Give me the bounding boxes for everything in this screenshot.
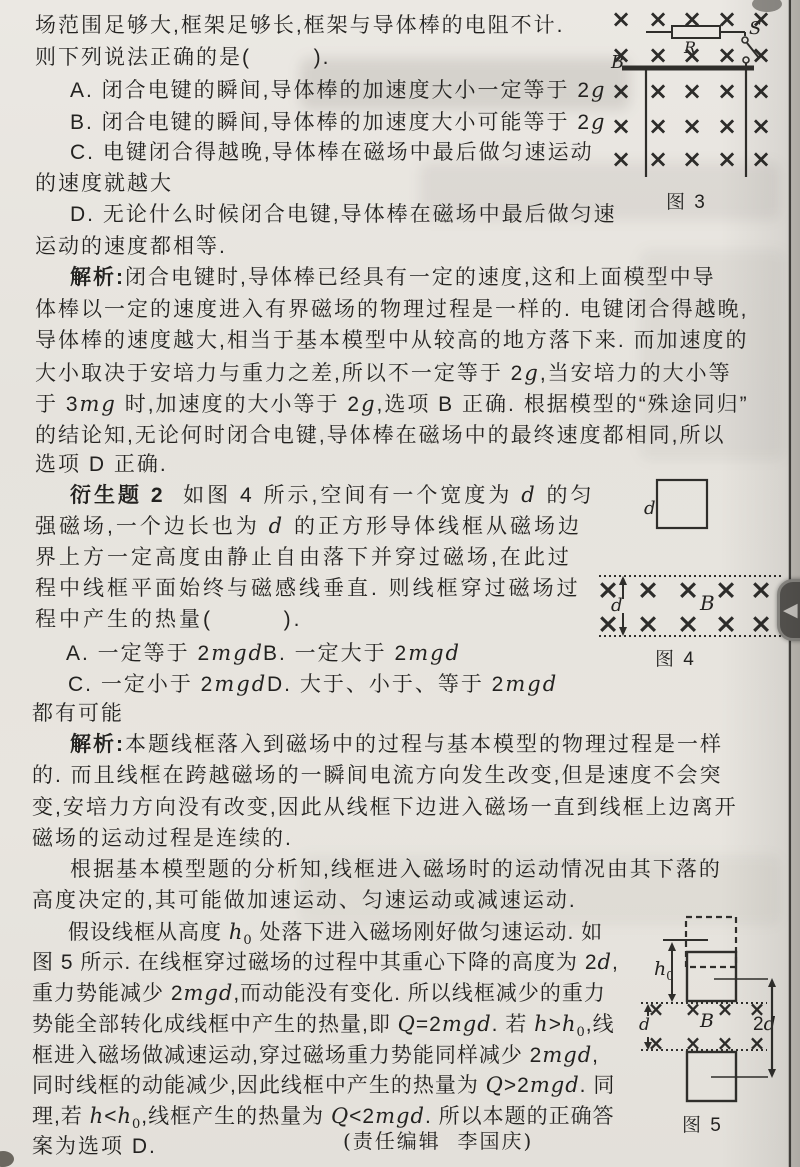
text-line: 程中线框平面始终与磁感线垂直. 则线框穿过磁场过 — [35, 577, 581, 601]
fig5-label-drop-height: h0 — [654, 959, 674, 983]
fig5-label-field: B — [700, 1011, 714, 1033]
fig3-field-x-icon: × — [682, 114, 702, 138]
fig5-field-x-icon: × — [685, 999, 702, 1019]
text-line: 同时线框的动能减少,因此线框中产生的热量为 Q>2mgd. 同 — [32, 1073, 615, 1098]
fig4-caption: 图 4 — [655, 649, 696, 671]
fig4-field-x-icon: × — [750, 577, 773, 604]
text-line: 磁场的运动过程是连续的. — [32, 827, 293, 851]
text-line: 重力势能减少 2mgd,而动能没有变化. 所以线框减少的重力 — [32, 981, 606, 1006]
fig4-field-x-icon: × — [597, 577, 620, 604]
fig3-field-x-icon: × — [648, 7, 668, 31]
editor-credit: (责任编辑 李国庆) — [343, 1130, 533, 1154]
text-line: 变,安培力方向没有改变,因此从线框下边进入磁场一直到线框上边离开 — [32, 796, 738, 820]
fig3-field-x-icon: × — [751, 147, 771, 171]
fig4-field-x-icon: × — [715, 611, 738, 638]
fig5-field-x-icon: × — [717, 1033, 734, 1053]
option-d1-wrap: 运动的速度都相等. — [35, 235, 227, 259]
text-line: 的. 而且线框在跨越磁场的一瞬间电流方向发生改变,但是速度不会突 — [32, 764, 723, 788]
fig3-field-x-icon: × — [682, 79, 702, 103]
fig3-field-x-icon: × — [682, 147, 702, 171]
option-d2-wrap: 都有可能 — [32, 702, 124, 726]
fig3-field-x-icon: × — [648, 43, 668, 67]
fig4-field-x-icon: × — [715, 577, 738, 604]
text-line: 程中产生的热量( ). — [35, 608, 303, 632]
option-b1: B. 闭合电键的瞬间,导体棒的加速度大小可能等于 2g — [70, 110, 606, 135]
text-line: 则下列说法正确的是( ). — [35, 46, 331, 70]
text-line: 高度决定的,其可能做加速运动、匀速运动或减速运动. — [32, 889, 577, 913]
fig5-field-x-icon: × — [685, 1033, 702, 1053]
fig3-caption: 图 3 — [666, 192, 707, 214]
text-line: 场范围足够大,框架足够长,框架与导体棒的电阻不计. — [35, 14, 565, 38]
fig3-field-x-icon: × — [648, 147, 668, 171]
option-a2: A. 一定等于 2mgd — [66, 641, 264, 666]
fig3-field-x-icon: × — [611, 43, 631, 67]
fig5-field-x-icon: × — [717, 999, 734, 1019]
fig3-field-x-icon: × — [751, 7, 771, 31]
fig3-field-x-icon: × — [751, 43, 771, 67]
fig4-field-x-icon: × — [637, 611, 660, 638]
option-c1: C. 电键闭合得越晚,导体棒在磁场中最后做匀速运动 — [70, 141, 594, 165]
text-line: 假设线框从高度 h0 处落下进入磁场刚好做匀速运动. 如 — [68, 920, 603, 949]
analysis-1: 解析:闭合电键时,导体棒已经具有一定的速度,这和上面模型中导 — [70, 266, 716, 290]
text-line: 案为选项 D. — [32, 1135, 157, 1159]
fig5-field-x-icon: × — [749, 999, 766, 1019]
fig3-field-x-icon: × — [611, 147, 631, 171]
fig3-field-x-icon: × — [648, 114, 668, 138]
text-line: 根据基本模型题的分析知,线框进入磁场时的运动情况由其下落的 — [70, 858, 722, 882]
fig3-field-x-icon: × — [682, 43, 702, 67]
text-line: 于 3mg 时,加速度的大小等于 2g,选项 B 正确. 根据模型的“殊途同归” — [35, 392, 749, 417]
fig3-field-x-icon: × — [682, 7, 702, 31]
fig3-field-x-icon: × — [717, 79, 737, 103]
fig3-field-x-icon: × — [611, 7, 631, 31]
fig4-field-x-icon: × — [637, 577, 660, 604]
fig4-field-x-icon: × — [750, 611, 773, 638]
scanned-textbook-page: 场范围足够大,框架足够长,框架与导体棒的电阻不计.则下列说法正确的是( ).A.… — [0, 0, 800, 1167]
text-line: 强磁场,一个边长也为 d 的正方形导体线框从磁场边 — [35, 514, 582, 539]
text-line: 界上方一定高度由静止自由落下并穿过磁场,在此过 — [35, 546, 572, 570]
fig3-field-x-icon: × — [751, 114, 771, 138]
text-line: 导体棒的速度越大,相当于基本模型中从较高的地方落下来. 而加速度的 — [35, 329, 749, 353]
text-line: 图 5 所示. 在线框穿过磁场的过程中其重心下降的高度为 2d, — [32, 950, 619, 975]
fig3-field-x-icon: × — [648, 79, 668, 103]
fig5-field-x-icon: × — [648, 999, 665, 1019]
fig4-field-x-icon: × — [597, 611, 620, 638]
page-prev-button[interactable]: ◀ — [777, 579, 800, 641]
text-line: 体棒以一定的速度进入有界磁场的物理过程是一样的. 电键闭合得越晚, — [35, 298, 749, 322]
fig3-field-x-icon: × — [717, 7, 737, 31]
option-d2: D. 大于、小于、等于 2mgd — [267, 672, 558, 697]
fig5-caption: 图 5 — [682, 1115, 723, 1137]
fig5-field-x-icon: × — [749, 1033, 766, 1053]
option-b2: B. 一定大于 2mgd — [263, 641, 461, 666]
fig5-field-x-icon: × — [648, 1033, 665, 1053]
fig3-field-x-icon: × — [751, 79, 771, 103]
left-arrow-icon: ◀ — [783, 599, 798, 621]
fig4-label-field: B — [700, 592, 715, 616]
option-c1-wrap: 的速度就越大 — [35, 172, 173, 196]
text-line: 的结论知,无论何时闭合电键,导体棒在磁场中的最终速度都相同,所以 — [35, 424, 726, 448]
option-c2: C. 一定小于 2mgd — [68, 672, 267, 697]
analysis-2: 解析:本题线框落入到磁场中的过程与基本模型的物理过程是一样 — [70, 733, 723, 757]
scan-blob-bottom — [0, 1151, 14, 1167]
text-line: 框进入磁场做减速运动,穿过磁场重力势能同样减少 2mgd, — [32, 1043, 599, 1068]
fig3-field-x-icon: × — [717, 43, 737, 67]
fig3-field-x-icon: × — [717, 114, 737, 138]
fig4-field-x-icon: × — [677, 611, 700, 638]
fig3-field-x-icon: × — [611, 114, 631, 138]
option-a1: A. 闭合电键的瞬间,导体棒的加速度大小一定等于 2g — [70, 78, 606, 103]
fig3-field-x-icon: × — [717, 147, 737, 171]
fig3-field-x-icon: × — [611, 79, 631, 103]
problem-2-title: 衍生题 2 如图 4 所示,空间有一个宽度为 d 的匀 — [70, 483, 595, 508]
text-line: 势能全部转化成线框中产生的热量,即 Q=2mgd. 若 h>h0,线 — [32, 1012, 615, 1041]
text-line: 大小取决于安培力与重力之差,所以不一定等于 2g,当安培力的大小等 — [35, 361, 732, 386]
option-d1: D. 无论什么时候闭合电键,导体棒在磁场中最后做匀速 — [70, 203, 617, 227]
fig4-field-x-icon: × — [677, 577, 700, 604]
fig4-label-square-side: d — [644, 498, 656, 520]
text-line: 选项 D 正确. — [35, 453, 168, 477]
